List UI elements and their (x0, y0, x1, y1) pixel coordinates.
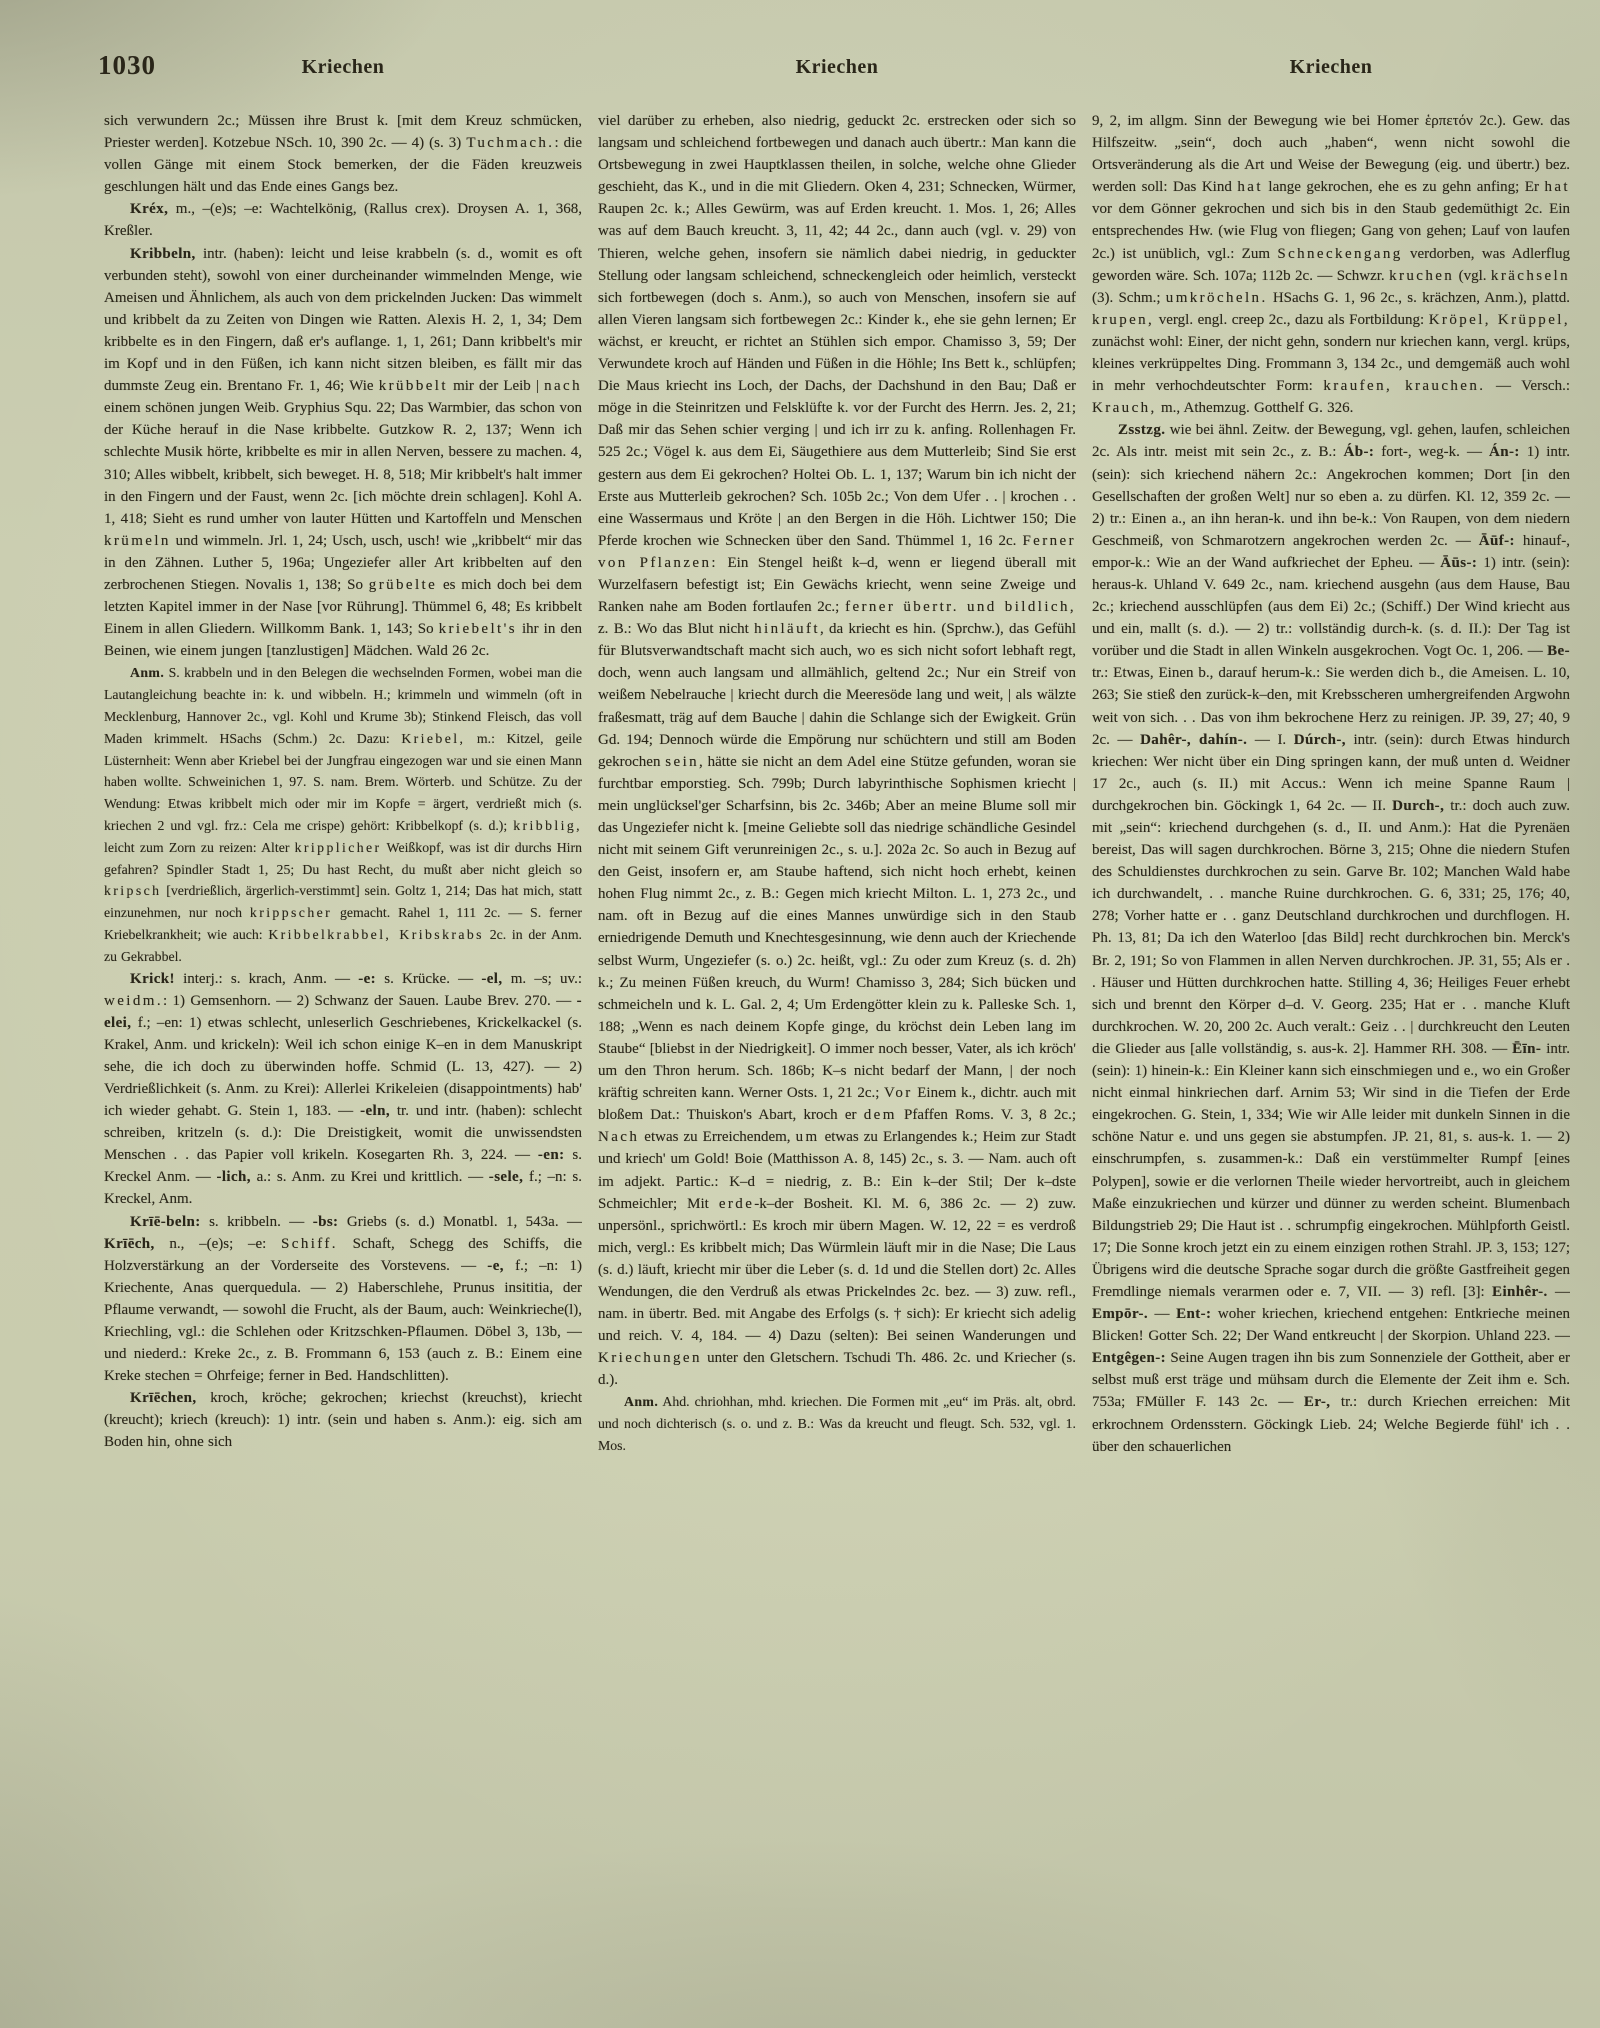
headword: Áb-: (1343, 444, 1374, 460)
emphasized-text: Tuchmach. (466, 135, 554, 151)
headword: Anm. (624, 1394, 658, 1409)
headword: Entgêgen-: (1092, 1350, 1166, 1366)
headword: Dúrch-, (1294, 732, 1346, 748)
headword: -eln, (360, 1103, 390, 1119)
emphasized-text: nach (544, 378, 582, 394)
headword: -lich, (216, 1169, 250, 1185)
paragraph: Kribbeln, intr. (haben): leicht und leis… (104, 243, 582, 663)
headword: Án-: (1489, 444, 1520, 460)
headword: Āūf-: (1479, 533, 1515, 549)
emphasized-text: dem (864, 1107, 897, 1123)
emphasized-text: um (796, 1129, 820, 1145)
headword: -en: (538, 1147, 565, 1163)
emphasized-text: hat (1237, 179, 1263, 195)
emphasized-text: krupen, (1092, 312, 1154, 328)
emphasized-text: weidm. (104, 993, 163, 1009)
emphasized-text: grübelte (369, 577, 437, 593)
emphasized-text: krümeln (104, 533, 171, 549)
page-header: Kriechen Kriechen Kriechen (104, 56, 1570, 79)
paragraph: 9, 2, im allgm. Sinn der Bewegung wie be… (1092, 110, 1570, 419)
paragraph: Zsstzg. wie bei ähnl. Zeitw. der Bewegun… (1092, 419, 1570, 1457)
headword: Kribbeln, (130, 246, 196, 262)
headword: Anm. (130, 665, 164, 680)
emphasized-text: Kröpel, Krüppel, (1429, 312, 1570, 328)
running-title-column-3: Kriechen (1092, 56, 1570, 79)
headword: Krick! (130, 971, 175, 987)
headword: -elei, (104, 993, 582, 1031)
emphasized-text: Ferner von Pflanzen: (598, 533, 1076, 571)
headword: Krīēchen, (130, 1390, 197, 1406)
paragraph: Kréx, m., –(e)s; –e: Wachtelkönig, (Rall… (104, 198, 582, 242)
emphasized-text: kruchen (1389, 268, 1454, 284)
running-title-column-2: Kriechen (598, 56, 1076, 79)
headword: -e, (487, 1258, 504, 1274)
column-3: 9, 2, im allgm. Sinn der Bewegung wie be… (1092, 110, 1570, 1995)
emphasized-text: Kriechungen (598, 1350, 702, 1366)
headword: Krīēch, (104, 1236, 155, 1252)
column-1: sich verwundern 2c.; Müssen ihre Brust k… (104, 110, 582, 1995)
headword: Ēīn- (1512, 1041, 1541, 1057)
emphasized-text: krächseln (1491, 268, 1570, 284)
headword: -bs: (313, 1214, 339, 1230)
emphasized-text: kripplicher (295, 840, 382, 855)
emphasized-text: sein (665, 754, 699, 770)
emphasized-text: krippscher (250, 905, 332, 920)
column-2: viel darüber zu erheben, also niedrig, g… (598, 110, 1076, 1995)
headword: Er-, (1304, 1394, 1330, 1410)
emphasized-text: ferner übertr. und bildlich, (845, 599, 1076, 615)
headword: -e: (358, 971, 376, 987)
paragraph: Krīē-beln: s. kribbeln. — -bs: Griebs (s… (104, 1211, 582, 1388)
emphasized-text: kribblig, (513, 818, 582, 833)
paragraph: viel darüber zu erheben, also niedrig, g… (598, 110, 1076, 1391)
emphasized-text: kripsch (104, 883, 161, 898)
emphasized-text: krübbelt (379, 378, 448, 394)
paragraph: Anm. S. krabbeln und in den Belegen die … (104, 662, 582, 967)
headword: Einhêr-. (1492, 1284, 1548, 1300)
text-columns: sich verwundern 2c.; Müssen ihre Brust k… (104, 110, 1570, 1995)
emphasized-text: umkröcheln. (1166, 290, 1268, 306)
headword: Zsstzg. (1118, 422, 1165, 438)
paragraph: Krick! interj.: s. krach, Anm. — -e: s. … (104, 968, 582, 1211)
emphasized-text: Schiff. (281, 1236, 338, 1252)
emphasized-text: Kriebel, (401, 731, 465, 746)
paragraph: Krīēchen, kroch, kröche; gekrochen; krie… (104, 1387, 582, 1453)
emphasized-text: hat (1544, 179, 1570, 195)
headword: Dahêr-, dahín-. (1140, 732, 1247, 748)
headword: Āūs-: (1440, 555, 1477, 571)
emphasized-text: Krauch, (1092, 400, 1157, 416)
emphasized-text: kriebelt's (439, 621, 517, 637)
headword: Krīē-beln: (130, 1214, 201, 1230)
emphasized-text: erde (719, 1196, 754, 1212)
paragraph: sich verwundern 2c.; Müssen ihre Brust k… (104, 110, 582, 198)
headword: -sele, (489, 1169, 523, 1185)
emphasized-text: kraufen, krauchen. (1323, 378, 1485, 394)
headword: Durch-, (1392, 798, 1444, 814)
paragraph: Anm. Ahd. chriohhan, mhd. kriechen. Die … (598, 1391, 1076, 1456)
emphasized-text: Kribbelkrabbel, Kribskrabs (268, 927, 484, 942)
running-title-column-1: Kriechen (104, 56, 582, 79)
headword: Empōr-. (1092, 1306, 1148, 1322)
headword: Be- (1547, 643, 1570, 659)
headword: Kréx, (130, 201, 168, 217)
emphasized-text: Vor (884, 1085, 913, 1101)
headword: Ent-: (1176, 1306, 1211, 1322)
emphasized-text: hinläuft (754, 621, 820, 637)
headword: -el, (481, 971, 502, 987)
emphasized-text: Schneckengang (1277, 246, 1402, 262)
emphasized-text: Nach (598, 1129, 639, 1145)
dictionary-scan-page: 1030 Kriechen Kriechen Kriechen sich ver… (0, 0, 1600, 2028)
